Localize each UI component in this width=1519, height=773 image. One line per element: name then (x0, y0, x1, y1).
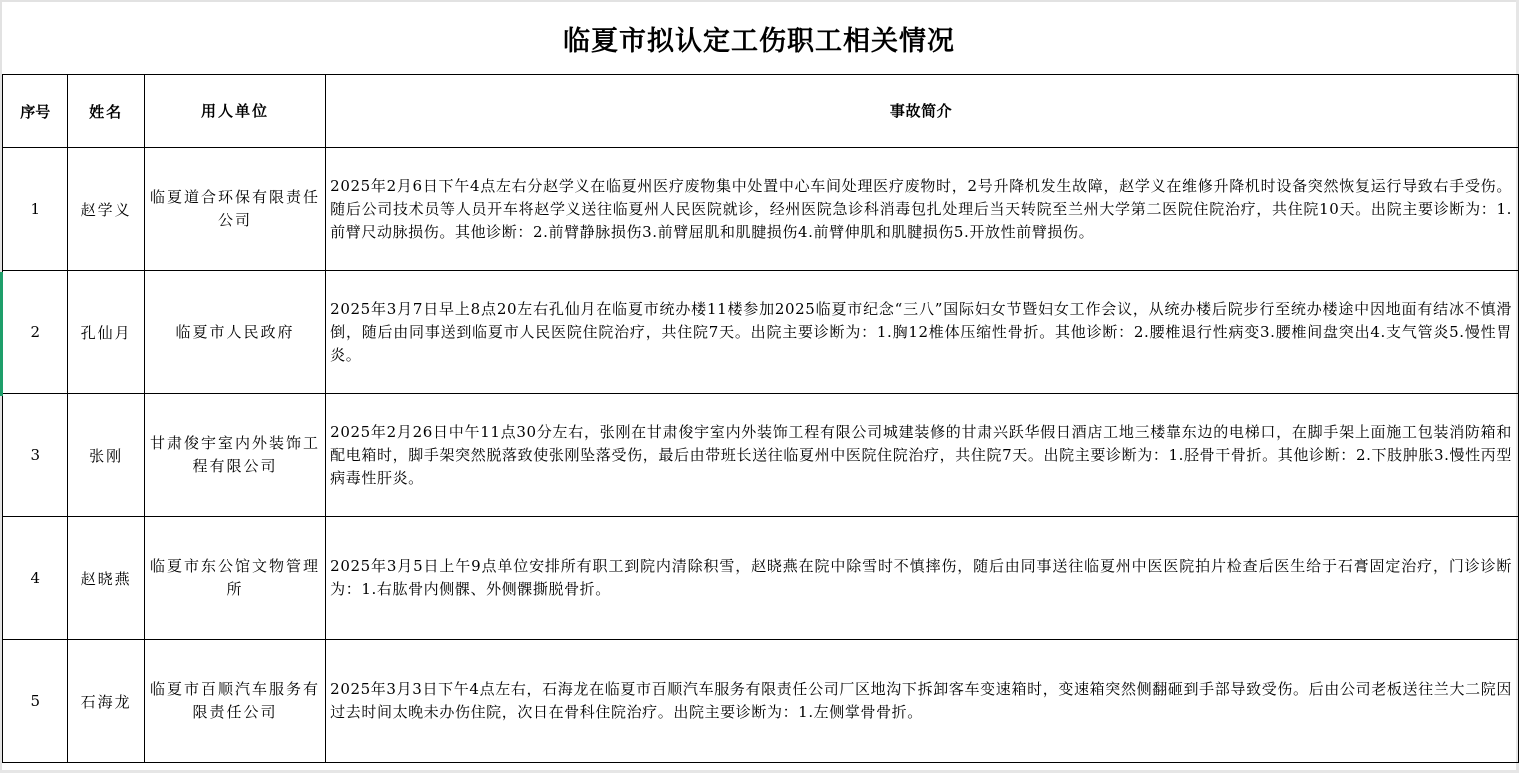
cell-index[interactable]: 4 (3, 517, 68, 640)
cell-employer[interactable]: 临夏道合环保有限责任公司 (144, 148, 325, 271)
cell-name[interactable]: 赵晓燕 (68, 517, 144, 640)
table-row: 4 赵晓燕 临夏市东公馆文物管理所 2025年3月5日上午9点单位安排所有职工到… (3, 517, 1519, 640)
row-selection-marker (0, 272, 3, 396)
cell-index[interactable]: 1 (3, 148, 68, 271)
cell-name[interactable]: 张刚 (68, 394, 144, 517)
cell-name[interactable]: 赵学义 (68, 148, 144, 271)
cell-index[interactable]: 5 (3, 640, 68, 763)
injury-table: 序号 姓名 用人单位 事故简介 1 赵学义 临夏道合环保有限责任公司 2025年… (2, 74, 1519, 763)
cell-name[interactable]: 孔仙月 (68, 271, 144, 394)
cell-employer[interactable]: 临夏市东公馆文物管理所 (144, 517, 325, 640)
table-row: 3 张刚 甘肃俊宇室内外装饰工程有限公司 2025年2月26日中午11点30分左… (3, 394, 1519, 517)
cell-index[interactable]: 2 (3, 271, 68, 394)
table-row: 5 石海龙 临夏市百顺汽车服务有限责任公司 2025年3月3日下午4点左右，石海… (3, 640, 1519, 763)
cell-description[interactable]: 2025年2月26日中午11点30分左右，张刚在甘肃俊宇室内外装饰工程有限公司城… (326, 394, 1519, 517)
cell-description[interactable]: 2025年3月7日早上8点20左右孔仙月在临夏市统办楼11楼参加2025临夏市纪… (326, 271, 1519, 394)
cell-index[interactable]: 3 (3, 394, 68, 517)
cell-employer[interactable]: 甘肃俊宇室内外装饰工程有限公司 (144, 394, 325, 517)
cell-employer[interactable]: 临夏市人民政府 (144, 271, 325, 394)
header-row: 序号 姓名 用人单位 事故简介 (3, 75, 1519, 148)
header-index[interactable]: 序号 (3, 75, 68, 148)
spreadsheet-sheet: 临夏市拟认定工伤职工相关情况 序号 姓名 用人单位 事故简介 1 赵学义 临夏道… (0, 0, 1519, 773)
cell-employer[interactable]: 临夏市百顺汽车服务有限责任公司 (144, 640, 325, 763)
cell-description[interactable]: 2025年2月6日下午4点左右分赵学义在临夏州医疗废物集中处置中心车间处理医疗废… (326, 148, 1519, 271)
table-row: 1 赵学义 临夏道合环保有限责任公司 2025年2月6日下午4点左右分赵学义在临… (3, 148, 1519, 271)
header-employer[interactable]: 用人单位 (144, 75, 325, 148)
sheet-title[interactable]: 临夏市拟认定工伤职工相关情况 (2, 2, 1516, 74)
cell-name[interactable]: 石海龙 (68, 640, 144, 763)
header-description[interactable]: 事故简介 (326, 75, 1519, 148)
cell-description[interactable]: 2025年3月3日下午4点左右，石海龙在临夏市百顺汽车服务有限责任公司厂区地沟下… (326, 640, 1519, 763)
cell-description[interactable]: 2025年3月5日上午9点单位安排所有职工到院内清除积雪，赵晓燕在院中除雪时不慎… (326, 517, 1519, 640)
table-row: 2 孔仙月 临夏市人民政府 2025年3月7日早上8点20左右孔仙月在临夏市统办… (3, 271, 1519, 394)
header-name[interactable]: 姓名 (68, 75, 144, 148)
